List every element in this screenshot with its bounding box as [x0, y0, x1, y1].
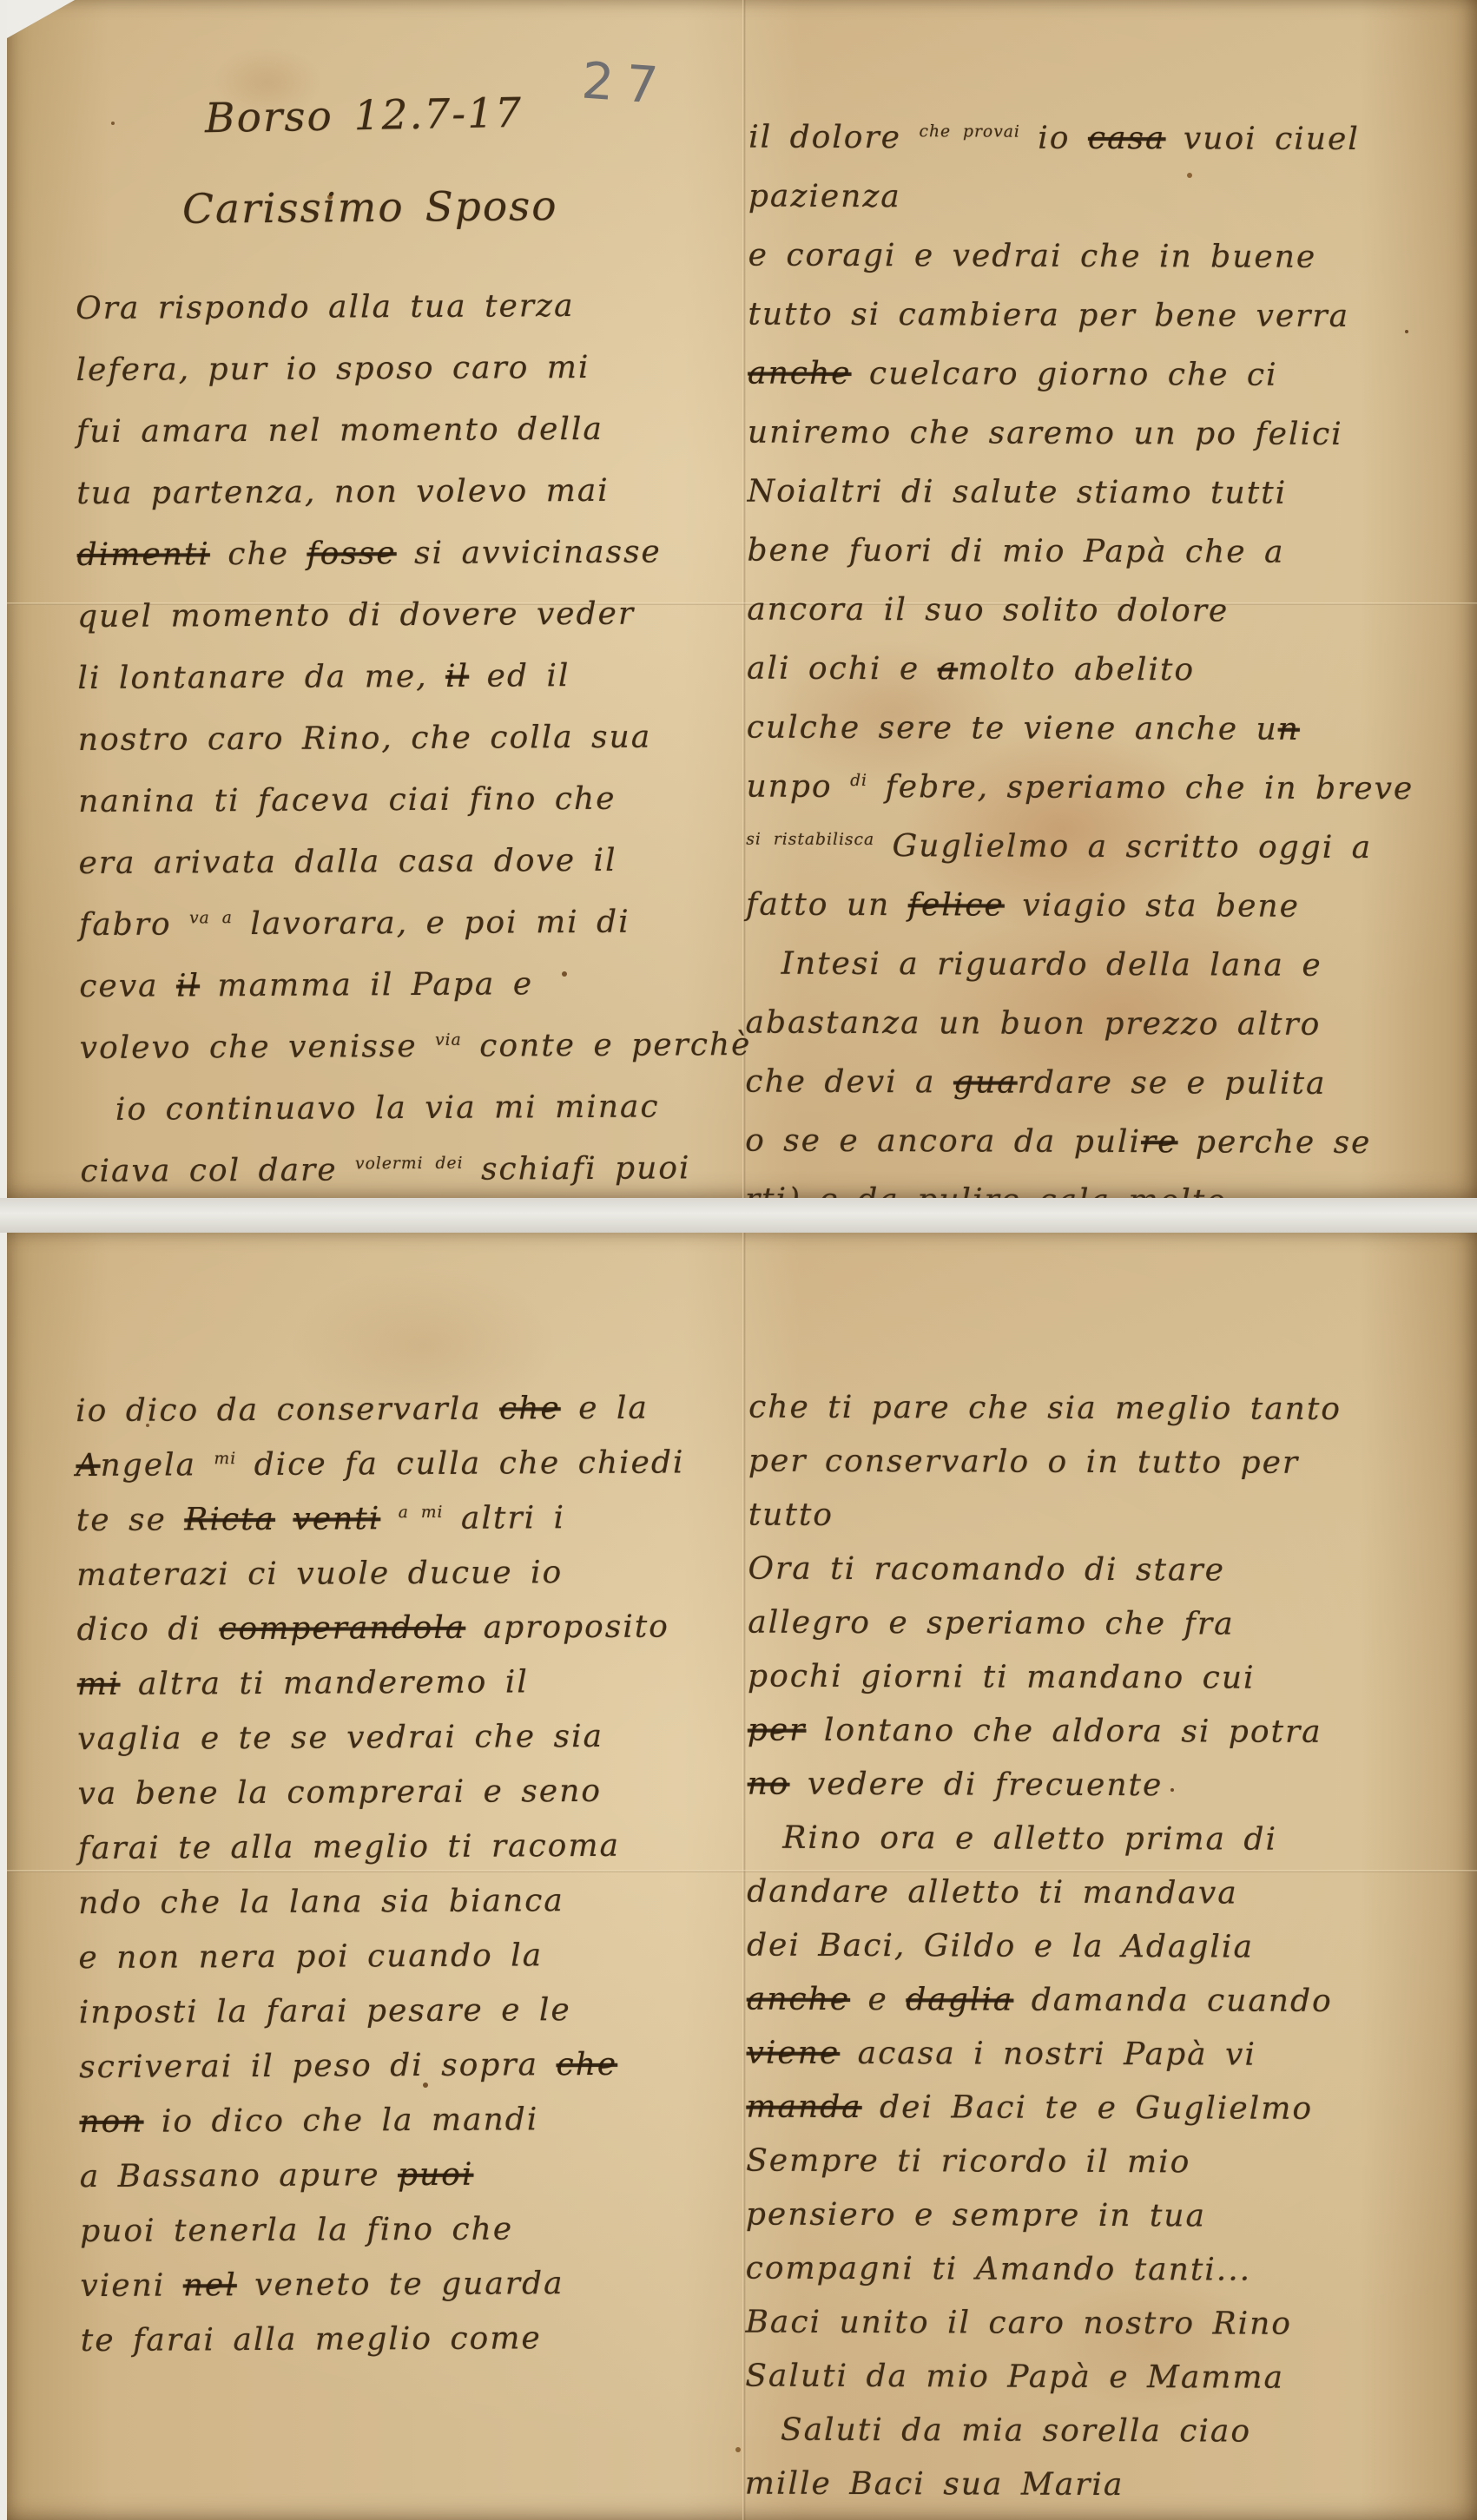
- handwritten-line: Intesi a riguardo della lana e: [746, 935, 1458, 997]
- letter-page-3-body: io dico da conservarla che e laAngela mi…: [76, 1380, 767, 2368]
- handwritten-line: puoi tenerla la fino che: [80, 2201, 766, 2259]
- handwritten-line: io continuavo la via mi minac: [80, 1076, 757, 1141]
- handwritten-line: Ora rispondo alla tua terza: [76, 274, 753, 339]
- pencil-archive-number: 27: [580, 51, 672, 116]
- handwritten-line: dandare alletto ti mandava: [747, 1865, 1459, 1922]
- letter-sheet-bottom: io dico da conservarla che e laAngela mi…: [7, 1233, 1477, 2520]
- handwritten-line: uniremo che saremo un po felici: [748, 404, 1460, 465]
- handwritten-line: ancora il suo solito dolore: [747, 581, 1459, 642]
- handwritten-line: Sempre ti ricordo il mio: [746, 2135, 1458, 2191]
- handwritten-line: no vedere di frecuente: [748, 1758, 1460, 1814]
- handwritten-line: li lontanare da me, il ed il: [77, 644, 755, 709]
- handwritten-line: pensiero e sempre in tua: [746, 2188, 1458, 2245]
- handwritten-line: fui amara nel momento della: [76, 398, 754, 463]
- handwritten-line: anche cuelcaro giorno che ci: [748, 345, 1460, 406]
- letter-page-2-body: il dolore che provai io casa vuoi ciuel …: [745, 109, 1461, 1233]
- letter-scan: 27 Borso 12.7-17 Carissimo Sposo Ora ris…: [0, 0, 1477, 2520]
- handwritten-line: tua partenza, non volevo mai: [76, 459, 754, 524]
- handwritten-line: materazi ci vuole ducue io: [76, 1544, 762, 1602]
- handwritten-line: farai te alla meglio ti racoma: [78, 1818, 764, 1876]
- handwritten-line: tutto: [748, 1489, 1461, 1545]
- handwritten-line: Angela mi dice fa culla che chiedi: [76, 1435, 762, 1493]
- letter-date-place: Borso 12.7-17: [205, 89, 524, 142]
- handwritten-line: nostro caro Rino, che colla sua: [78, 706, 755, 771]
- handwritten-line: allegro e speriamo che fra: [748, 1596, 1460, 1653]
- handwritten-line: per lontano che aldora si potra: [748, 1704, 1460, 1760]
- handwritten-line: Ora ti racomando di stare: [748, 1543, 1460, 1599]
- letter-sheet-top: 27 Borso 12.7-17 Carissimo Sposo Ora ris…: [7, 0, 1477, 1198]
- handwritten-line: te se Ricta venti a mi altri i: [76, 1490, 762, 1548]
- handwritten-line: abastanza un buon prezzo altro: [745, 994, 1457, 1056]
- handwritten-line: dei Baci, Gildo e la Adaglia: [747, 1919, 1459, 1976]
- handwritten-line: compagni ti Amando tanti...: [746, 2242, 1458, 2299]
- handwritten-line: Saluti da mio Papà e Mamma: [745, 2350, 1457, 2406]
- handwritten-line: o se e ancora da pulire perche se: [745, 1112, 1457, 1174]
- handwritten-line: il dolore che provai io casa vuoi ciuel …: [748, 109, 1461, 229]
- handwritten-line: fabro va a lavorara, e poi mi di: [79, 891, 756, 956]
- handwritten-line: vaglia e te se vedrai che sia: [77, 1708, 763, 1767]
- handwritten-line: ali ochi e amolto abelito: [747, 640, 1459, 701]
- handwritten-line: tutto si cambiera per bene verra: [748, 286, 1460, 347]
- handwritten-line: rti) e da pulire cala molto: [745, 1171, 1457, 1233]
- handwritten-line: Noialtri di salute stiamo tutti: [748, 463, 1460, 524]
- handwritten-line: pochi giorni ti mandano cui: [748, 1650, 1460, 1707]
- handwritten-line: mi altra ti manderemo il: [77, 1654, 763, 1712]
- handwritten-line: che ti pare che sia meglio tanto: [748, 1381, 1461, 1438]
- handwritten-line: Rino ora e alletto prima di: [747, 1812, 1459, 1868]
- handwritten-line: inposti la farai pesare e le: [79, 1982, 765, 2040]
- handwritten-line: te farai alla meglio come: [81, 2310, 767, 2368]
- handwritten-line: Baci unito il caro nostro Rino: [745, 2296, 1457, 2352]
- handwritten-line: ndo che la lana sia bianca: [78, 1872, 764, 1931]
- handwritten-line: non io dico che la mandi: [79, 2091, 765, 2149]
- folded-corner: [7, 0, 75, 38]
- handwritten-line: per conservarlo o in tutto per: [748, 1435, 1461, 1491]
- handwritten-line: che devi a guardare se e pulita: [745, 1053, 1457, 1115]
- handwritten-line: dico di comperandola aproposito: [76, 1599, 762, 1657]
- handwritten-line: anche e daglia damanda cuando: [747, 1973, 1459, 2030]
- letter-page-1-body: Ora rispondo alla tua terzalefera, pur i…: [76, 274, 758, 1264]
- handwritten-line: Saluti da mia sorella ciao: [745, 2404, 1457, 2460]
- handwritten-line: dimenti che fosse si avvicinasse: [77, 521, 755, 586]
- handwritten-line: era arivata dalla casa dove il: [78, 829, 755, 894]
- handwritten-line: scriverai il peso di sopra che: [79, 2036, 765, 2095]
- handwritten-line: viene acasa i nostri Papà vi: [746, 2027, 1458, 2083]
- handwritten-line: fatto un felice viagio sta bene: [746, 876, 1458, 938]
- handwritten-line: si ristabilisca Guglielmo a scritto oggi…: [746, 817, 1458, 878]
- letter-salutation: Carissimo Sposo: [182, 182, 558, 234]
- handwritten-line: e coragi e vedrai che in buene: [748, 227, 1461, 288]
- handwritten-line: volevo che venisse via conte e perchè: [79, 1014, 756, 1079]
- handwritten-line: mille Baci sua Maria: [745, 2457, 1457, 2514]
- handwritten-line: unpo di febre, speriamo che in breve: [746, 758, 1458, 819]
- handwritten-line: quel momento di dovere veder: [77, 582, 755, 648]
- handwritten-line: ceva il mamma il Papa e: [79, 952, 756, 1017]
- paper-specks: [111, 122, 115, 125]
- handwritten-line: nanina ti faceva ciai fino che: [78, 767, 755, 832]
- handwritten-line: e non nera poi cuando la: [78, 1927, 764, 1985]
- handwritten-line: culche sere te viene anche un: [747, 699, 1459, 760]
- handwritten-line: va bene la comprerai e seno: [77, 1763, 763, 1821]
- handwritten-line: io dico da conservarla che e la: [76, 1380, 762, 1438]
- handwritten-line: lefera, pur io sposo caro mi: [76, 336, 753, 401]
- handwritten-line: a Bassano apure puoi: [80, 2146, 766, 2204]
- handwritten-line: vieni nel veneto te guarda: [80, 2255, 766, 2313]
- handwritten-line: manda dei Baci te e Guglielmo: [746, 2081, 1458, 2137]
- handwritten-line: bene fuori di mio Papà che a: [747, 522, 1459, 583]
- letter-page-4-body: che ti pare che sia meglio tantoper cons…: [745, 1381, 1461, 2514]
